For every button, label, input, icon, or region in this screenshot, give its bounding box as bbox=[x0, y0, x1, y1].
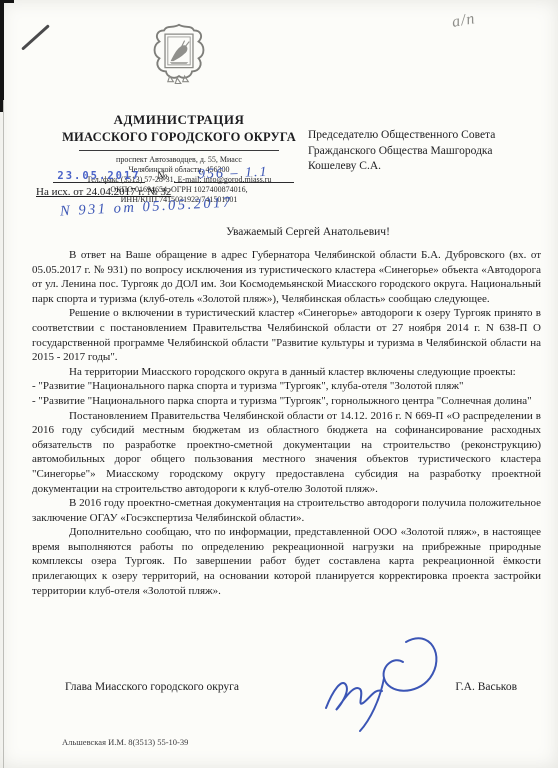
scan-edge-line bbox=[3, 100, 4, 768]
paragraph: Решение о включении в туристический клас… bbox=[32, 306, 541, 364]
org-name-line2: МИАССКОГО ГОРОДСКОГО ОКРУГА bbox=[53, 130, 305, 145]
salutation: Уважаемый Сергей Анатольевич! bbox=[0, 226, 558, 238]
org-address-line: проспект Автозаводцев, д. 55, Миасс bbox=[53, 155, 305, 165]
signatory-name: Г.А. Васьков bbox=[455, 681, 541, 693]
scanned-letter-page: а/п АДМИНИСТРАЦИЯ МИАССКОГО ГОРОДСКОГО О… bbox=[0, 0, 558, 768]
paragraph: В 2016 году проектно-сметная документаци… bbox=[32, 496, 541, 525]
date-stamp: 23.05.2017 bbox=[57, 170, 140, 182]
paragraph: Дополнительно сообщаю, что по информации… bbox=[32, 525, 541, 598]
recipient-name: Кошелеву С.А. bbox=[308, 159, 530, 175]
coat-of-arms-icon bbox=[151, 22, 207, 104]
signature-row: Глава Миасского городского округа Г.А. В… bbox=[32, 681, 541, 693]
list-item: - "Развитие "Национального парка спорта … bbox=[32, 394, 541, 409]
pen-slash-mark bbox=[21, 24, 49, 50]
recipient-block: Председателю Общественного Совета Гражда… bbox=[308, 128, 530, 175]
letter-body: В ответ на Ваше обращение в адрес Губерн… bbox=[32, 248, 541, 598]
paragraph: В ответ на Ваше обращение в адрес Губерн… bbox=[32, 248, 541, 306]
reference-row: 23.05.2017 № 956 – 1.1 bbox=[53, 166, 313, 183]
number-sign: № bbox=[157, 170, 168, 182]
list-item: - "Развитие "Национального парка спорта … bbox=[32, 379, 541, 394]
org-name-line1: АДМИНИСТРАЦИЯ bbox=[53, 112, 305, 128]
header-divider bbox=[79, 150, 279, 151]
scan-edge-artifact bbox=[0, 0, 14, 3]
scan-edge-artifact bbox=[0, 0, 4, 112]
date-stamp-slot: 23.05.2017 bbox=[53, 170, 145, 183]
outgoing-number-handwritten: 956 – 1.1 bbox=[198, 165, 269, 183]
signatory-title: Глава Миасского городского округа bbox=[32, 681, 239, 693]
pencil-annotation: а/п bbox=[451, 10, 477, 32]
recipient-line: Гражданского Общества Машгородка bbox=[308, 144, 530, 160]
executor-contact: Альшевская И.М. 8(3513) 55-10-39 bbox=[62, 737, 188, 747]
paragraph: На территории Миасского городского округ… bbox=[32, 365, 541, 380]
paragraph: Постановлением Правительства Челябинской… bbox=[32, 409, 541, 497]
outgoing-number-slot: 956 – 1.1 bbox=[174, 166, 294, 183]
recipient-line: Председателю Общественного Совета bbox=[308, 128, 530, 144]
incoming-reference: На исх. от 24.04.2017 г. № 32 bbox=[36, 186, 171, 198]
